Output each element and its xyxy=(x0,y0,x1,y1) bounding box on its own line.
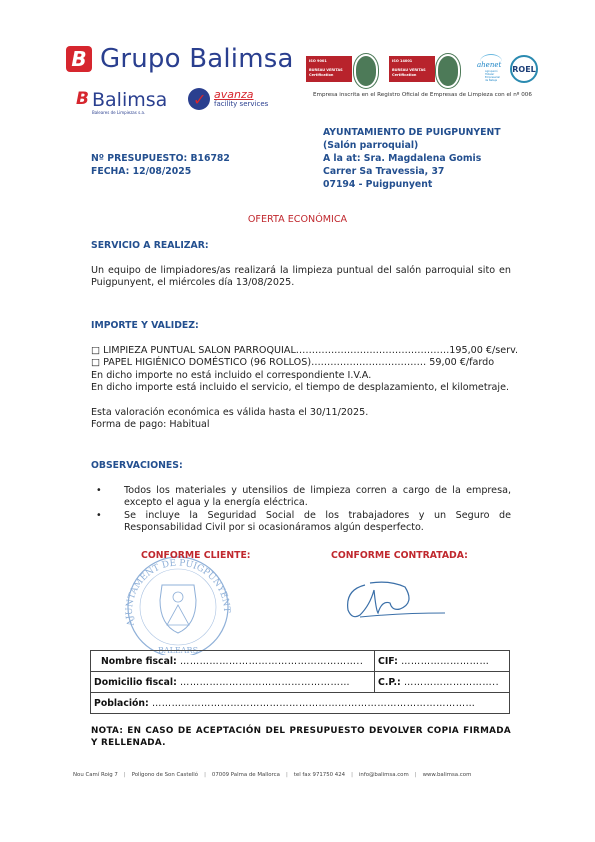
iso9001-badge: ISO 9001 BUREAU VERITASCertification xyxy=(306,56,352,82)
client-signature-label: CONFORME CLIENTE: xyxy=(141,550,251,561)
poblacion-field[interactable]: Población: ……………………………………………………………………………… xyxy=(91,693,510,714)
observaciones-heading: OBSERVACIONES: xyxy=(91,460,183,471)
balimsa-name: Balimsa xyxy=(92,90,167,110)
budget-number: Nº PRESUPUESTO: B16782 xyxy=(91,152,230,165)
bullet-icon: • xyxy=(91,510,124,535)
footer-contact: Nou Camí Roig 7 | Polígono de Son Castel… xyxy=(73,772,471,778)
included-note: En dicho importe está incluido el servic… xyxy=(91,382,511,394)
iso14001-badge: ISO 14001 BUREAU VERITASCertification xyxy=(389,56,435,82)
list-item-text: Todos los materiales y utensilios de lim… xyxy=(124,485,511,510)
servicio-text: Un equipo de limpiadores/as realizará la… xyxy=(91,265,511,290)
municipal-stamp-icon: AJUNTAMENT DE PUIGPUNYENT BALEARS xyxy=(112,555,242,655)
budget-info: Nº PRESUPUESTO: B16782 FECHA: 12/08/2025 xyxy=(91,152,230,178)
cif-field[interactable]: CIF: ……………………… xyxy=(375,651,510,672)
balimsa-small-b-icon: B xyxy=(76,90,92,108)
price-line: □ LIMPIEZA PUNTUAL SALON PARROQUIAL……………… xyxy=(91,345,511,357)
iva-note: En dicho importe no está incluido el cor… xyxy=(91,370,511,382)
avanza-check-icon: ✓ xyxy=(188,88,210,110)
recipient-line: A la at: Sra. Magdalena Gomis xyxy=(323,152,501,165)
separator: | xyxy=(204,772,206,778)
document-title: OFERTA ECONÓMICA xyxy=(0,214,595,225)
validity-block: Esta valoración económica es válida hast… xyxy=(91,407,511,432)
footer-address: Nou Camí Roig 7 xyxy=(73,772,118,778)
avanza-name: avanza xyxy=(214,89,268,100)
servicio-heading: SERVICIO A REALIZAR: xyxy=(91,240,209,251)
importe-heading: IMPORTE Y VALIDEZ: xyxy=(91,320,199,331)
contractor-signature-label: CONFORME CONTRATADA: xyxy=(331,550,468,561)
footer-phone: tel fax 971750 424 xyxy=(294,772,345,778)
recipient-address: AYUNTAMIENTO DE PUIGPUNYENT (Salón parro… xyxy=(323,126,501,191)
fiscal-data-form: Nombre fiscal: ……………………………………………….. CIF:… xyxy=(90,650,510,714)
registry-note: Empresa inscrita en el Registro Oficial … xyxy=(313,92,532,98)
cert-issuer: BUREAU VERITASCertification xyxy=(309,68,343,78)
separator: | xyxy=(351,772,353,778)
cert-issuer: BUREAU VERITASCertification xyxy=(392,68,426,78)
footer-city: 07009 Palma de Mallorca xyxy=(212,772,280,778)
cp-field[interactable]: C.P.: ……………………….. xyxy=(375,672,510,693)
domicilio-fiscal-field[interactable]: Domicilio fiscal: ……………….…………………………… xyxy=(91,672,375,693)
balimsa-tagline: Baleares de Limpiezas s.a. xyxy=(92,110,167,115)
roel-logo: ROEL xyxy=(510,55,538,83)
avanza-logo: ✓ avanza facility services xyxy=(188,88,268,110)
importe-block: □ LIMPIEZA PUNTUAL SALON PARROQUIAL……………… xyxy=(91,345,511,382)
acceptance-note: NOTA: EN CASO DE ACEPTACIÓN DEL PRESUPUE… xyxy=(91,725,511,749)
cert-standard: ISO 14001 xyxy=(392,59,412,63)
validity-note: Esta valoración económica es válida hast… xyxy=(91,407,511,419)
cert-standard: ISO 9001 xyxy=(309,59,327,63)
ahenet-logo: ahenet Agrupació Hoteler Empresarial de … xyxy=(477,57,505,83)
footer-polygon: Polígono de Son Castelló xyxy=(132,772,198,778)
recipient-line: (Salón parroquial) xyxy=(323,139,501,152)
observaciones-list: • Todos los materiales y utensilios de l… xyxy=(91,485,511,535)
recipient-line: Carrer Sa Travessia, 37 xyxy=(323,165,501,178)
bureau-veritas-seal-icon xyxy=(436,54,460,88)
separator: | xyxy=(124,772,126,778)
recipient-line: AYUNTAMIENTO DE PUIGPUNYENT xyxy=(323,126,501,139)
list-item: • Todos los materiales y utensilios de l… xyxy=(91,485,511,510)
footer-email[interactable]: info@balimsa.com xyxy=(359,772,409,778)
budget-date: FECHA: 12/08/2025 xyxy=(91,165,230,178)
avanza-subtitle: facility services xyxy=(214,100,268,109)
recipient-line: 07194 - Puigpunyent xyxy=(323,178,501,191)
group-brand-name: Grupo Balimsa xyxy=(100,44,294,74)
bullet-icon: • xyxy=(91,485,124,510)
balimsa-logo: B Balimsa Baleares de Limpiezas s.a. xyxy=(76,90,167,115)
balimsa-b-icon: B xyxy=(66,46,92,72)
footer-website[interactable]: www.balimsa.com xyxy=(423,772,472,778)
ahenet-subtitle: Agrupació Hoteler Empresarial de Neteja xyxy=(485,70,503,82)
grupo-balimsa-logo: B Grupo Balimsa xyxy=(66,44,294,74)
payment-note: Forma de pago: Habitual xyxy=(91,419,511,431)
list-item-text: Se incluye la Seguridad Social de los tr… xyxy=(124,510,511,535)
price-line: □ PAPEL HIGIÉNICO DOMÉSTICO (96 ROLLOS)…… xyxy=(91,357,511,369)
bureau-veritas-seal-icon xyxy=(354,54,378,88)
nombre-fiscal-field[interactable]: Nombre fiscal: ……………………………………………….. xyxy=(91,651,375,672)
ahenet-name: ahenet xyxy=(477,61,501,69)
contractor-signature xyxy=(340,575,450,625)
separator: | xyxy=(415,772,417,778)
separator: | xyxy=(286,772,288,778)
list-item: • Se incluye la Seguridad Social de los … xyxy=(91,510,511,535)
